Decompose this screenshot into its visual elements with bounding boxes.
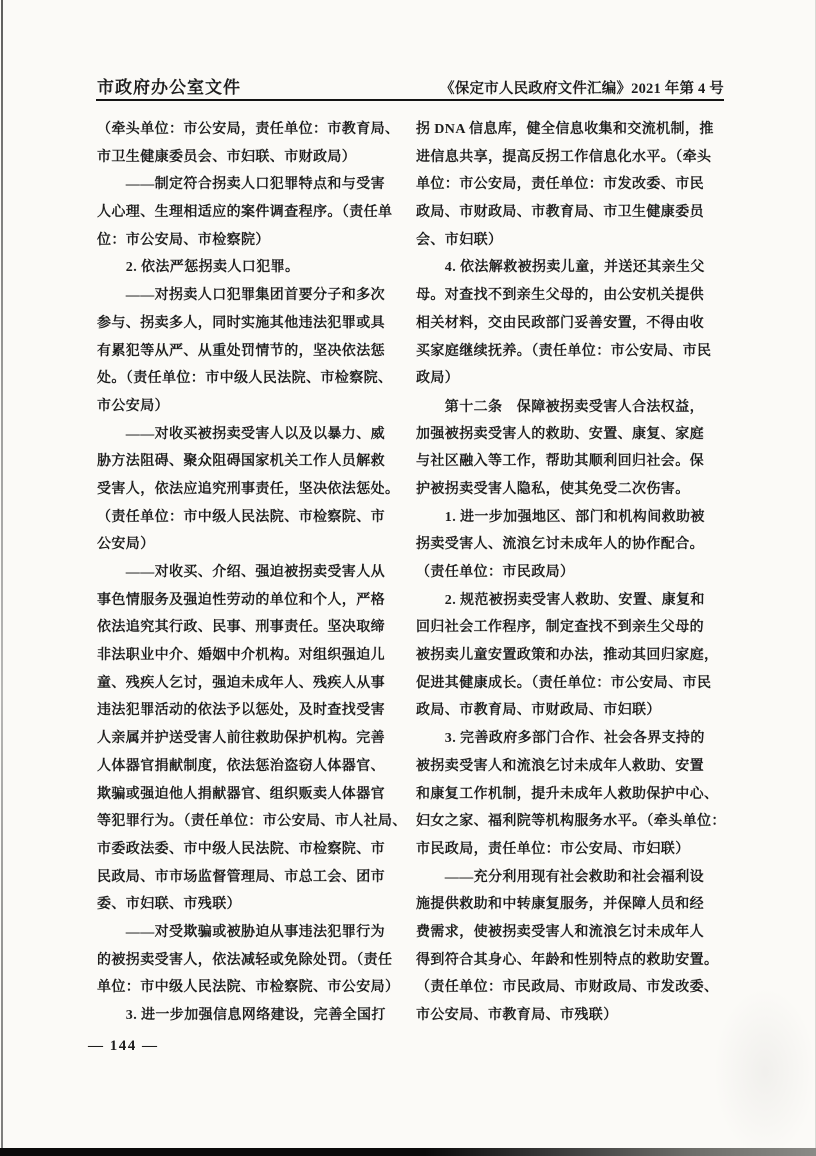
scanned-document-page: 市政府办公室文件 《保定市人民政府文件汇编》2021 年第 4 号 （牵头单位：…: [0, 0, 816, 1156]
left-column: （牵头单位：市公安局，责任单位：市教育局、市卫生健康委员会、市妇联、市财政局） …: [97, 116, 402, 1030]
text-line: 违法犯罪活动的依法予以惩处，及时查找受害: [97, 697, 402, 725]
header-rule: [96, 99, 724, 101]
text-line: 费需求，使被拐卖受害人和流浪乞讨未成年人: [416, 919, 721, 947]
text-line: ——对收买被拐卖受害人以及以暴力、威: [97, 421, 402, 449]
text-line: （责任单位：市中级人民法院、市检察院、市: [97, 504, 402, 532]
text-line: 回归社会工作程序，制定查找不到亲生父母的: [416, 614, 721, 642]
text-line: 参与、拐卖多人，同时实施其他违法犯罪或具: [97, 310, 402, 338]
page-header: 市政府办公室文件 《保定市人民政府文件汇编》2021 年第 4 号: [97, 73, 724, 98]
text-line: 相关材料，交由民政部门妥善安置，不得由收: [416, 310, 721, 338]
text-line: 等犯罪行为。（责任单位：市公安局、市人社局、: [97, 808, 402, 836]
text-line: 和康复工作机制，提升未成年人救助保护中心、: [416, 781, 721, 809]
text-line: 公安局）: [97, 531, 402, 559]
text-line: （责任单位：市民政局、市财政局、市发改委、: [416, 974, 721, 1002]
text-line: 得到符合其身心、年龄和性别特点的救助安置。: [416, 947, 721, 975]
header-left-title: 市政府办公室文件: [97, 73, 241, 98]
text-line: 依法追究其行政、民事、刑事责任。坚决取缔: [97, 614, 402, 642]
text-line: 童、残疾人乞讨，强迫未成年人、残疾人从事: [97, 670, 402, 698]
text-line: ——对拐卖人口犯罪集团首要分子和多次: [97, 282, 402, 310]
text-line: 市卫生健康委员会、市妇联、市财政局）: [97, 144, 402, 172]
text-line: 单位：市中级人民法院、市检察院、市公安局）: [97, 974, 402, 1002]
text-line: 买家庭继续抚养。（责任单位：市公安局、市民: [416, 338, 721, 366]
text-line: 市委政法委、市中级人民法院、市检察院、市: [97, 836, 402, 864]
text-line: 处。（责任单位：市中级人民法院、市检察院、: [97, 365, 402, 393]
document-body: （牵头单位：市公安局，责任单位：市教育局、市卫生健康委员会、市妇联、市财政局） …: [97, 116, 721, 1030]
text-line: 第十二条 保障被拐卖受害人合法权益，: [416, 393, 721, 421]
text-line: 妇女之家、福利院等机构服务水平。（牵头单位：: [416, 808, 721, 836]
text-line: （责任单位：市民政局）: [416, 559, 721, 587]
text-line: ——对收买、介绍、强迫被拐卖受害人从: [97, 559, 402, 587]
scan-left-edge-line: [1, 0, 3, 1156]
text-line: 位：市公安局、市检察院）: [97, 227, 402, 255]
text-line: （牵头单位：市公安局，责任单位：市教育局、: [97, 116, 402, 144]
text-line: 被拐卖儿童安置政策和办法，推动其回归家庭，: [416, 642, 721, 670]
text-line: ——对受欺骗或被胁迫从事违法犯罪行为: [97, 919, 402, 947]
text-line: 2. 规范被拐卖受害人救助、安置、康复和: [416, 587, 721, 615]
text-line: 3. 完善政府多部门合作、社会各界支持的: [416, 725, 721, 753]
text-line: 人体器官捐献制度，依法惩治盗窃人体器官、: [97, 753, 402, 781]
text-line: 有累犯等从严、从重处罚情节的，坚决依法惩: [97, 338, 402, 366]
text-line: 施提供救助和中转康复服务，并保障人员和经: [416, 891, 721, 919]
text-line: 母。对查找不到亲生父母的，由公安机关提供: [416, 282, 721, 310]
text-line: 欺骗或强迫他人捐献器官、组织贩卖人体器官: [97, 781, 402, 809]
text-line: 被拐卖受害人和流浪乞讨未成年人救助、安置: [416, 753, 721, 781]
text-line: 1. 进一步加强地区、部门和机构间救助被: [416, 504, 721, 532]
text-line: 政局、市教育局、市财政局、市妇联）: [416, 697, 721, 725]
text-line: 受害人，依法应追究刑事责任，坚决依法惩处。: [97, 476, 402, 504]
text-line: 单位：市公安局，责任单位：市发改委、市民: [416, 171, 721, 199]
text-line: 事色情服务及强迫性劳动的单位和个人，严格: [97, 587, 402, 615]
text-line: 进信息共享，提高反拐工作信息化水平。（牵头: [416, 144, 721, 172]
section-heading: 第十二条: [416, 398, 502, 414]
text-line: 民政局、市市场监督管理局、市总工会、团市: [97, 864, 402, 892]
scan-bottom-edge-band: [0, 1148, 816, 1156]
text-line: 人心理、生理相适应的案件调查程序。（责任单: [97, 199, 402, 227]
text-line: 市民政局，责任单位：市公安局、市妇联）: [416, 836, 721, 864]
page-number: — 144 —: [88, 1038, 159, 1055]
right-column: 拐 DNA 信息库，健全信息收集和交流机制，推进信息共享，提高反拐工作信息化水平…: [416, 116, 721, 1030]
text-line: 促进其健康成长。（责任单位：市公安局、市民: [416, 670, 721, 698]
text-line: 2. 依法严惩拐卖人口犯罪。: [97, 254, 402, 282]
text-line: 委、市妇联、市残联）: [97, 891, 402, 919]
text-line: ——充分利用现有社会救助和社会福利设: [416, 864, 721, 892]
text-line: 人亲属并护送受害人前往救助保护机构。完善: [97, 725, 402, 753]
text-line: 会、市妇联）: [416, 227, 721, 255]
text-line: 拐 DNA 信息库，健全信息收集和交流机制，推: [416, 116, 721, 144]
text-line: 市公安局、市教育局、市残联）: [416, 1002, 721, 1030]
text-line: 政局、市财政局、市教育局、市卫生健康委员: [416, 199, 721, 227]
text-line: 加强被拐卖受害人的救助、安置、康复、家庭: [416, 421, 721, 449]
text-line: ——制定符合拐卖人口犯罪特点和与受害: [97, 171, 402, 199]
text-line: 的被拐卖受害人，依法减轻或免除处罚。（责任: [97, 947, 402, 975]
text-line: 胁方法阻碍、聚众阻碍国家机关工作人员解救: [97, 448, 402, 476]
header-right-title: 《保定市人民政府文件汇编》2021 年第 4 号: [440, 77, 724, 98]
text-line: 3. 进一步加强信息网络建设，完善全国打: [97, 1002, 402, 1030]
text-line: 与社区融入等工作，帮助其顺利回归社会。保: [416, 448, 721, 476]
text-line: 非法职业中介、婚姻中介机构。对组织强迫儿: [97, 642, 402, 670]
text-line: 4. 依法解救被拐卖儿童，并送还其亲生父: [416, 254, 721, 282]
text-line: 拐卖受害人、流浪乞讨未成年人的协作配合。: [416, 531, 721, 559]
text-line: 市公安局）: [97, 393, 402, 421]
text-line: 护被拐卖受害人隐私，使其免受二次伤害。: [416, 476, 721, 504]
text-line: 政局）: [416, 365, 721, 393]
